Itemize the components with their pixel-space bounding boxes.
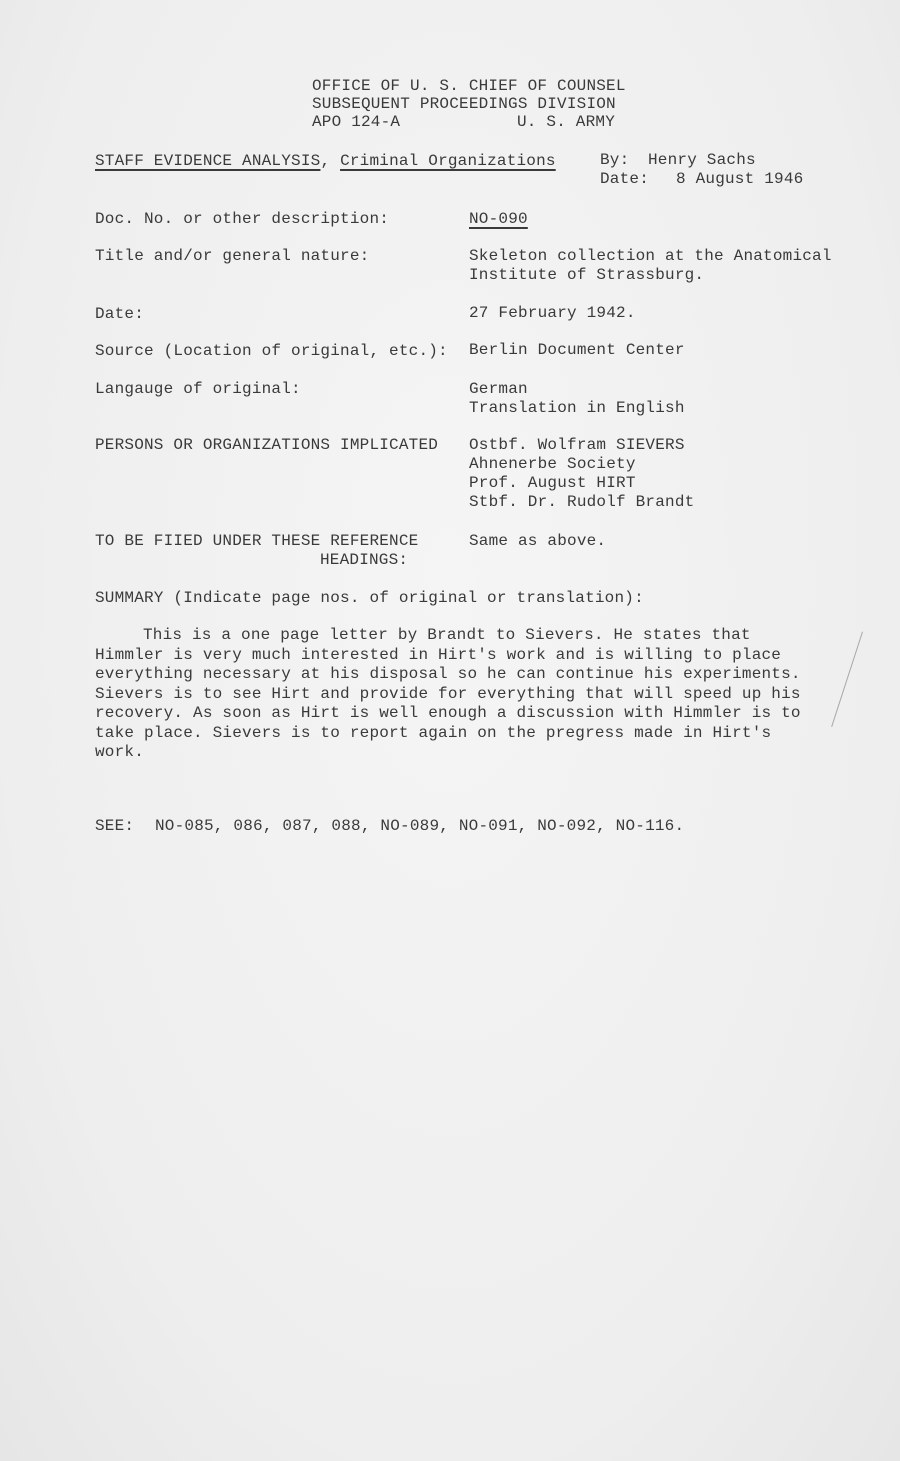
analysis-title-line: STAFF EVIDENCE ANALYSIS, Criminal Organi…: [95, 152, 556, 170]
doc-no-label: Doc. No. or other description:: [95, 210, 389, 228]
title-label: Title and/or general nature:: [95, 247, 369, 265]
analysis-category: Criminal Organizations: [340, 152, 556, 170]
filed-under-value: Same as above.: [469, 532, 606, 551]
header-apo: APO 124-A: [312, 113, 400, 131]
by-label: By:: [600, 151, 629, 169]
doc-no-value: NO-090: [469, 210, 528, 229]
analysis-title: STAFF EVIDENCE ANALYSIS: [95, 152, 320, 170]
language-label: Langauge of original:: [95, 380, 301, 398]
persons-label: PERSONS OR ORGANIZATIONS IMPLICATED: [95, 436, 438, 454]
header-office: OFFICE OF U. S. CHIEF OF COUNSEL: [312, 77, 626, 95]
date-value: 8 August 1946: [676, 170, 803, 188]
persons-value-line-2: Ahnenerbe Society: [469, 455, 636, 474]
language-value-line-2: Translation in English: [469, 399, 685, 418]
header-army: U. S. ARMY: [517, 113, 615, 131]
filed-under-label-line-1: TO BE FIIED UNDER THESE REFERENCE: [95, 532, 418, 550]
language-value-line-1: German: [469, 380, 528, 399]
date-label: Date:: [600, 170, 649, 188]
summary-label: SUMMARY (Indicate page nos. of original …: [95, 589, 644, 607]
margin-pen-mark: [831, 632, 865, 728]
source-value: Berlin Document Center: [469, 341, 685, 360]
filed-under-label-line-2: HEADINGS:: [320, 551, 408, 569]
header-division: SUBSEQUENT PROCEEDINGS DIVISION: [312, 95, 616, 113]
analysis-separator: ,: [320, 152, 330, 170]
see-references: NO-085, 086, 087, 088, NO-089, NO-091, N…: [155, 817, 684, 835]
persons-value-line-1: Ostbf. Wolfram SIEVERS: [469, 436, 685, 455]
see-label: SEE:: [95, 817, 134, 835]
persons-value-line-4: Stbf. Dr. Rudolf Brandt: [469, 493, 694, 512]
date-field-value: 27 February 1942.: [469, 304, 636, 323]
summary-text: This is a one page letter by Brandt to S…: [95, 626, 815, 763]
title-value-line-2: Institute of Strassburg.: [469, 266, 704, 285]
date-field-label: Date:: [95, 305, 144, 323]
by-value: Henry Sachs: [648, 151, 756, 169]
source-label: Source (Location of original, etc.):: [95, 342, 448, 360]
persons-value-line-3: Prof. August HIRT: [469, 474, 636, 493]
title-value-line-1: Skeleton collection at the Anatomical: [469, 247, 832, 266]
